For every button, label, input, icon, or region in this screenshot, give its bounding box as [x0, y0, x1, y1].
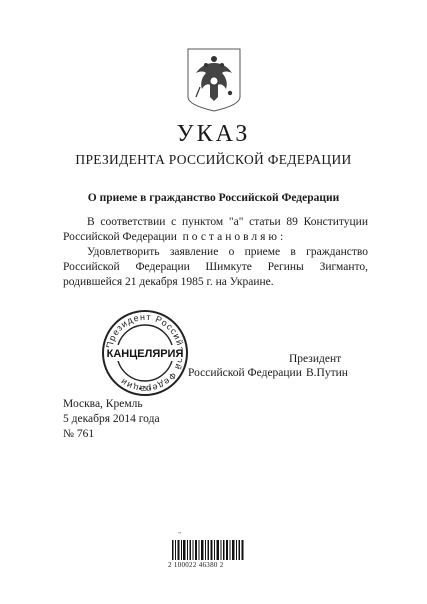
barcode-mark: ~ — [178, 531, 181, 537]
decree-body: В соответствии с пунктом "а" статьи 89 К… — [63, 215, 368, 290]
barcode-digits: 2 100022 46380 2 — [168, 561, 224, 569]
decree-number: № 761 — [63, 427, 160, 442]
issue-details: Москва, Кремль 5 декабря 2014 года № 761 — [63, 397, 160, 442]
barcode-icon — [172, 540, 244, 560]
issue-date: 5 декабря 2014 года — [63, 412, 160, 427]
paragraph-1: В соответствии с пунктом "а" статьи 89 К… — [63, 215, 368, 245]
paragraph-2: Удовлетворить заявление о приеме в гражд… — [63, 245, 368, 290]
document-title: УКАЗ — [0, 121, 427, 148]
decree-page: УКАЗ ПРЕЗИДЕНТА РОССИЙСКОЙ ФЕДЕРАЦИИ О п… — [0, 0, 427, 604]
document-subtitle: ПРЕЗИДЕНТА РОССИЙСКОЙ ФЕДЕРАЦИИ — [0, 152, 427, 168]
signature-name: В.Путин — [306, 366, 348, 380]
svg-text:КАНЦЕЛЯРИЯ: КАНЦЕЛЯРИЯ — [107, 348, 184, 360]
issue-place: Москва, Кремль — [63, 397, 160, 412]
official-stamp-icon: Президент Российской Федерации КАНЦЕЛЯРИ… — [101, 309, 189, 397]
decree-heading: О приеме в гражданство Российской Федера… — [0, 192, 427, 204]
svg-text:• 5 •: • 5 • — [139, 386, 152, 393]
coat-of-arms-icon — [186, 47, 242, 113]
